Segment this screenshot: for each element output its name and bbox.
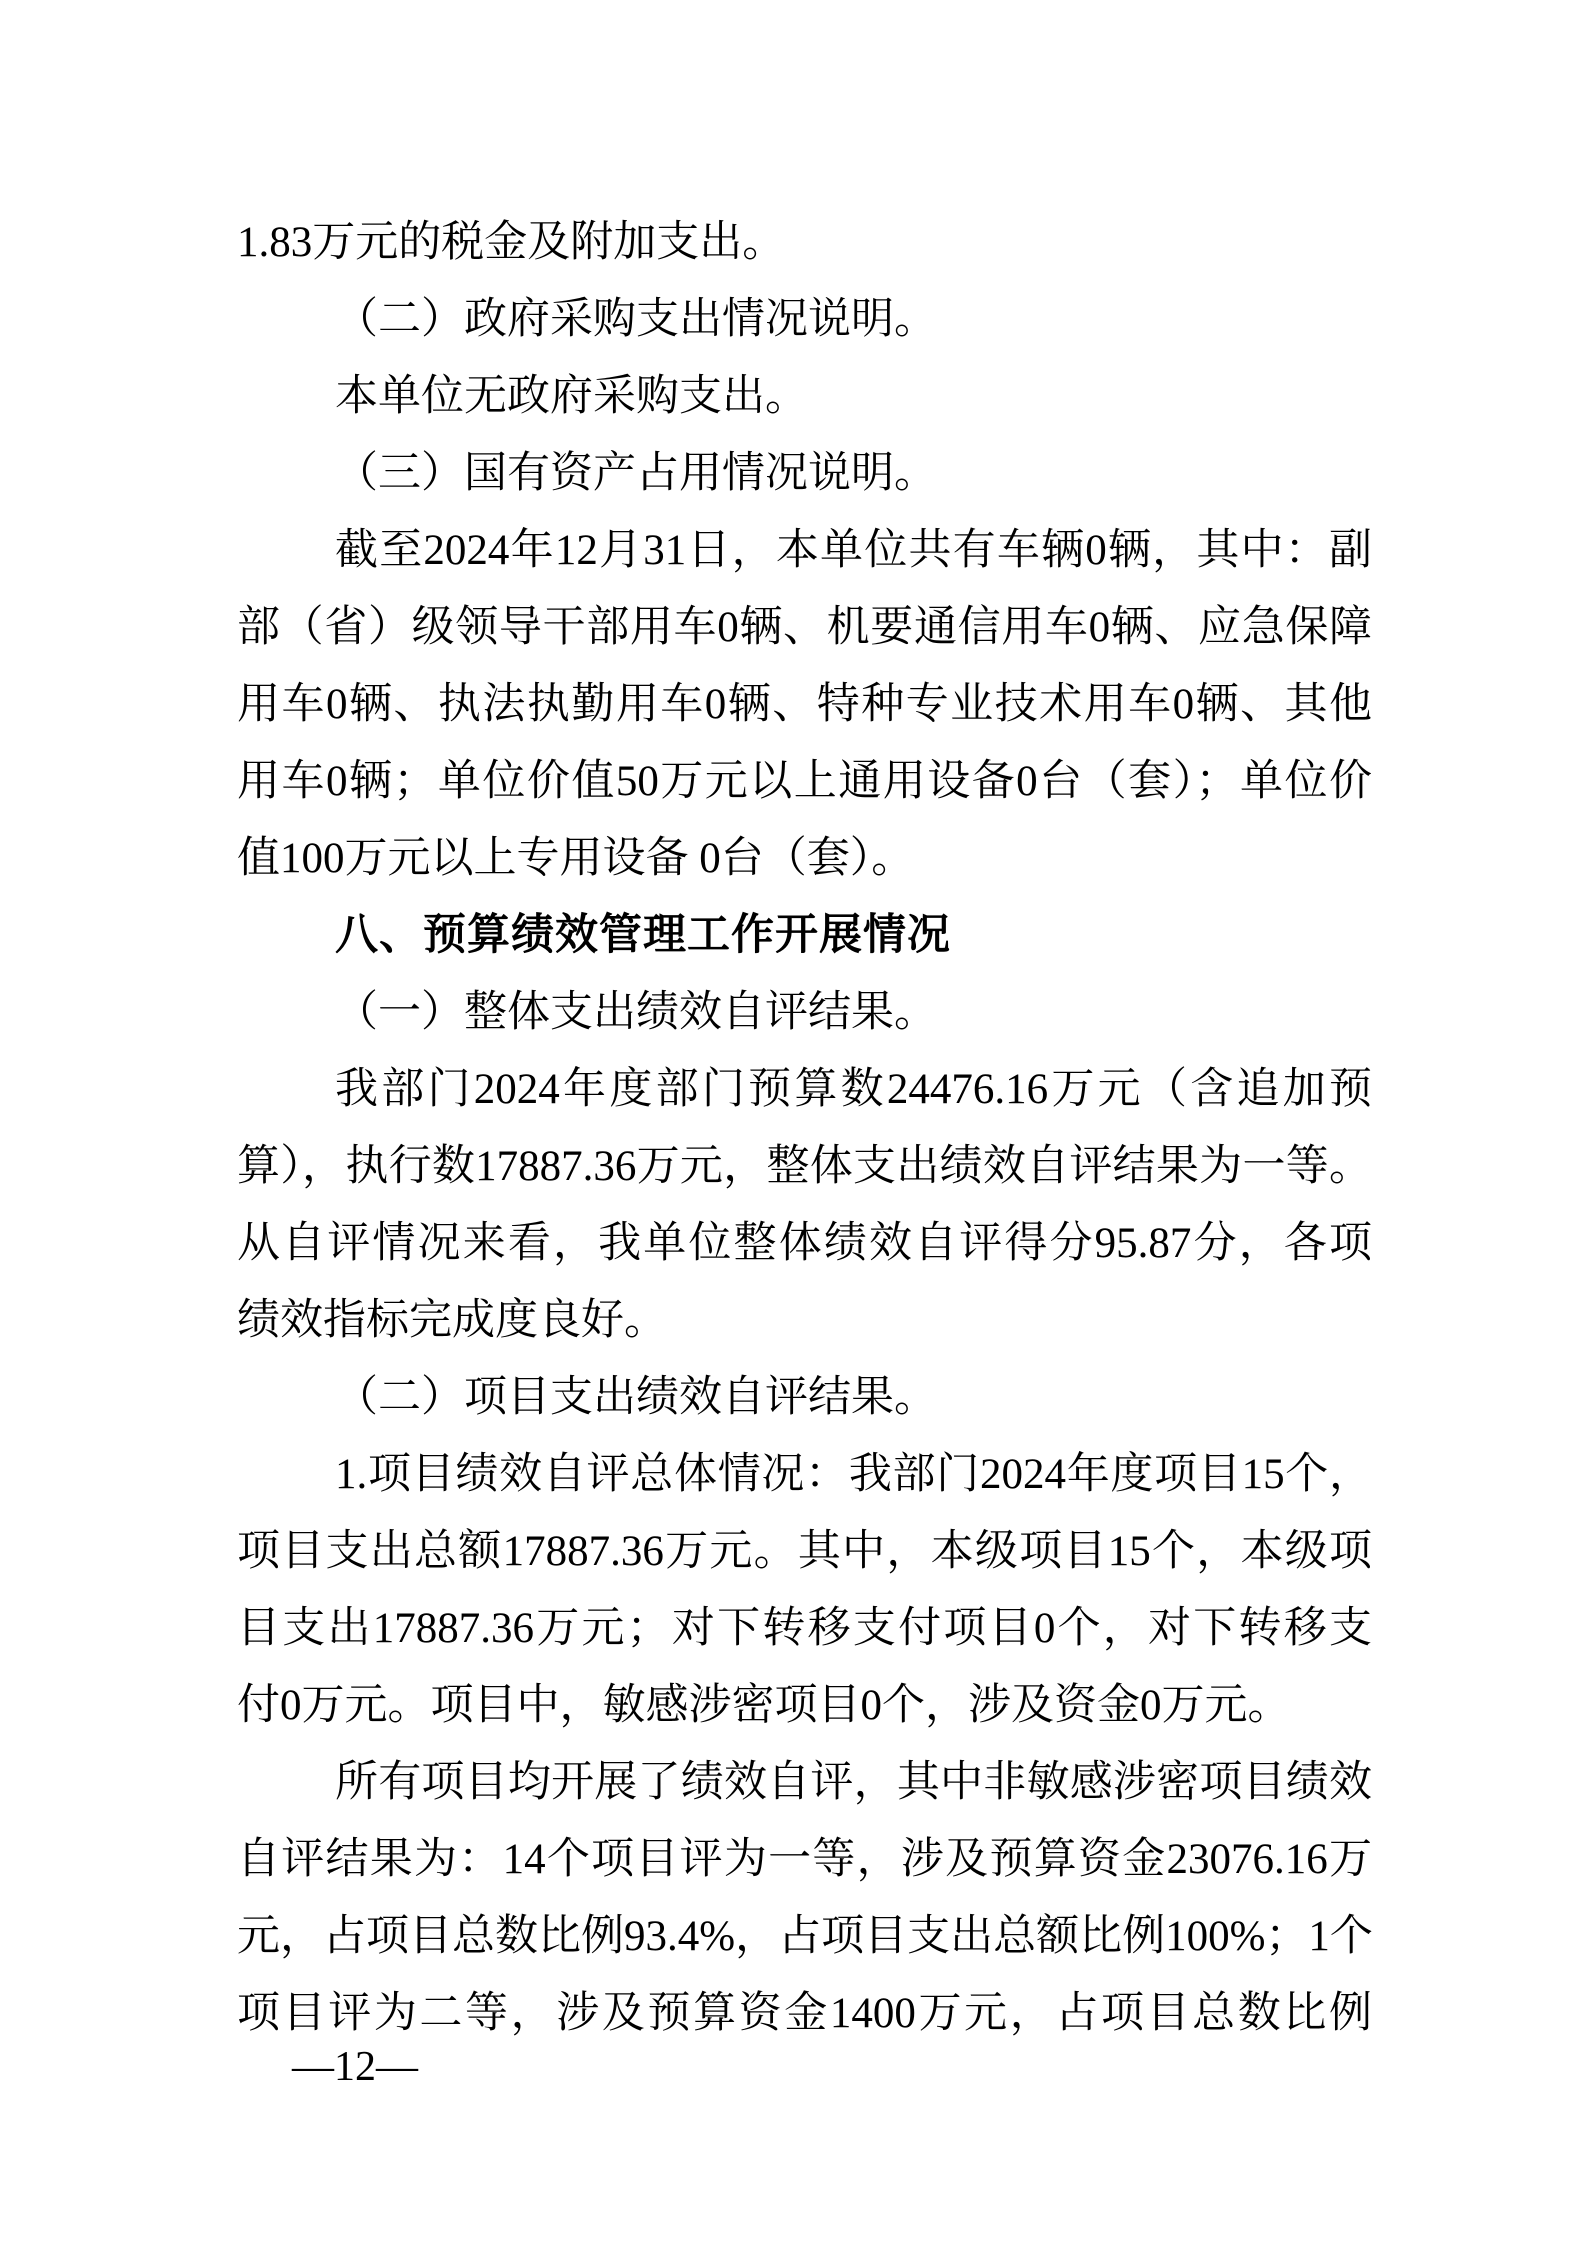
body-line: 项目评为二等，涉及预算资金1400万元，占项目总数比例 <box>237 1975 1372 2052</box>
document-body: 1.83万元的税金及附加支出。 （二）政府采购支出情况说明。 本单位无政府采购支… <box>237 204 1372 2052</box>
body-line: 用车0辆；单位价值50万元以上通用设备0台（套）；单位价 <box>237 743 1372 820</box>
body-line: 项目支出总额17887.36万元。其中，本级项目15个，本级项 <box>237 1513 1372 1590</box>
body-line: 本单位无政府采购支出。 <box>335 358 1372 435</box>
heading-subsection-1-overall: （一）整体支出绩效自评结果。 <box>335 974 1372 1051</box>
body-line: 截至2024年12月31日，本单位共有车辆0辆，其中：副 <box>335 512 1372 589</box>
heading-section-8: 八、预算绩效管理工作开展情况 <box>335 897 1372 974</box>
body-line: 我部门2024年度部门预算数24476.16万元（含追加预 <box>335 1051 1372 1128</box>
body-line: 算），执行数17887.36万元，整体支出绩效自评结果为一等。 <box>237 1128 1372 1205</box>
body-line: 从自评情况来看，我单位整体绩效自评得分95.87分，各项 <box>237 1205 1372 1282</box>
document-page: 1.83万元的税金及附加支出。 （二）政府采购支出情况说明。 本单位无政府采购支… <box>0 0 1587 2245</box>
body-line: 1.83万元的税金及附加支出。 <box>237 204 1372 281</box>
body-line: 用车0辆、执法执勤用车0辆、特种专业技术用车0辆、其他 <box>237 666 1372 743</box>
body-line: 部（省）级领导干部用车0辆、机要通信用车0辆、应急保障 <box>237 589 1372 666</box>
body-line: 目支出17887.36万元；对下转移支付项目0个，对下转移支 <box>237 1590 1372 1667</box>
page-number: —12— <box>292 2045 418 2089</box>
body-line: 值100万元以上专用设备 0台（套）。 <box>237 820 1372 897</box>
body-line: 所有项目均开展了绩效自评，其中非敏感涉密项目绩效 <box>335 1744 1372 1821</box>
body-line: 绩效指标完成度良好。 <box>237 1282 1372 1359</box>
body-line: 付0万元。项目中，敏感涉密项目0个，涉及资金0万元。 <box>237 1667 1372 1744</box>
body-line: 自评结果为：14个项目评为一等，涉及预算资金23076.16万 <box>237 1821 1372 1898</box>
heading-subsection-3-assets: （三）国有资产占用情况说明。 <box>335 435 1372 512</box>
heading-subsection-2-procurement: （二）政府采购支出情况说明。 <box>335 281 1372 358</box>
heading-subsection-2-project: （二）项目支出绩效自评结果。 <box>335 1359 1372 1436</box>
body-line: 元，占项目总数比例93.4%，占项目支出总额比例100%；1个 <box>237 1898 1372 1975</box>
body-line: 1.项目绩效自评总体情况：我部门2024年度项目15个， <box>335 1436 1372 1513</box>
